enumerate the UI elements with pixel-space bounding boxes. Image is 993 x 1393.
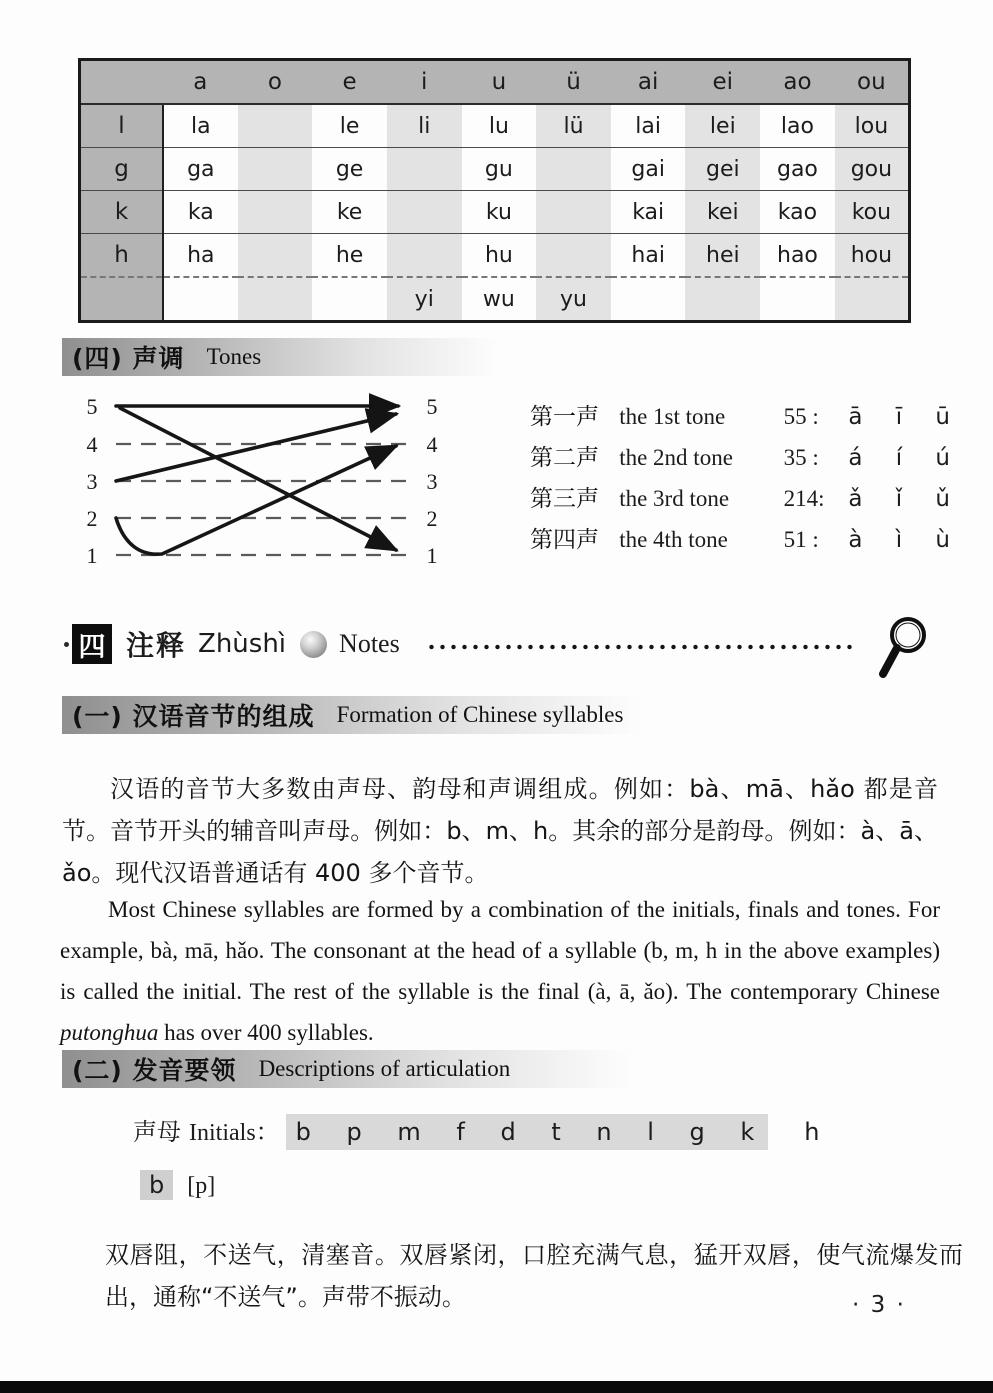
initial-cell: g	[80, 148, 164, 191]
notes-section-header: 四 注释 Zhùshì Notes	[64, 612, 930, 676]
syllable-cell	[685, 277, 760, 322]
initials-label-en: Initials	[189, 1120, 256, 1147]
syllable-cell: lu	[462, 104, 537, 148]
sec2-heading: (二) 发音要领 Descriptions of articulation	[62, 1050, 662, 1088]
table-row: kkakekukaikeikaokou	[80, 191, 910, 234]
final-header-cell: i	[387, 60, 462, 105]
final-header-cell: ai	[611, 60, 686, 105]
syllable-cell: ku	[462, 191, 537, 234]
axis-label: 2	[87, 506, 98, 531]
syllable-cell: kao	[760, 191, 835, 234]
final-header-cell: a	[163, 60, 238, 105]
syllable-cell: hai	[611, 234, 686, 278]
table-body: llalelilulülaileilaolouggagegugaigeigaog…	[80, 104, 910, 322]
syllable-cell	[835, 277, 910, 322]
notes-title-pinyin: Zhùshì	[198, 629, 286, 659]
syllable-cell: gu	[462, 148, 537, 191]
syllable-cell	[387, 148, 462, 191]
syllable-cell: hei	[685, 234, 760, 278]
sec2-heading-zh: (二) 发音要领	[72, 1051, 237, 1087]
sec2-heading-en: Descriptions of articulation	[259, 1056, 511, 1082]
syllable-cell: ha	[163, 234, 238, 278]
syllable-cell: ke	[312, 191, 387, 234]
syllable-cell: le	[312, 104, 387, 148]
page-number: · 3 ·	[852, 1292, 906, 1318]
tone3-contour-214	[116, 446, 396, 554]
axis-label: 1	[87, 543, 98, 568]
tone-name-zh: 第三声	[530, 480, 619, 513]
syllable-cell	[536, 148, 611, 191]
syllable-cell: hao	[760, 234, 835, 278]
syllable-cell	[238, 234, 313, 278]
sphere-icon	[300, 631, 327, 658]
syllable-cell: ka	[163, 191, 238, 234]
tone-examples: à ì ù	[848, 527, 950, 553]
tone-list-item: 第一声the 1st tone55 :ā ī ū	[530, 398, 950, 439]
tone4-contour-51	[120, 408, 396, 550]
syllable-cell: yu	[536, 277, 611, 322]
tone-name-en: the 4th tone	[619, 527, 783, 553]
initials-label-zh: 声母	[133, 1112, 181, 1147]
entry-description: 双唇阻，不送气，清塞音。双唇紧闭，口腔充满气息，猛开双唇，使气流爆发而出，通称“…	[105, 1234, 963, 1318]
sec1-heading: (一) 汉语音节的组成 Formation of Chinese syllabl…	[62, 696, 672, 734]
sec1-heading-zh: (一) 汉语音节的组成	[72, 697, 315, 733]
tone-contour-diagram: 5 4 3 2 1 5 4 3 2 1	[78, 388, 448, 573]
axis-label: 2	[427, 506, 438, 531]
left-axis-labels: 5 4 3 2 1	[87, 394, 98, 568]
italic-term: putonghua	[60, 1020, 158, 1045]
table-header: aoeiuüaieiaoou	[80, 60, 910, 105]
right-axis-labels: 5 4 3 2 1	[427, 394, 438, 568]
syllable-cell	[760, 277, 835, 322]
entry-ipa: [p]	[187, 1173, 215, 1200]
syllable-cell	[238, 148, 313, 191]
syllable-cell: li	[387, 104, 462, 148]
initial-cell: h	[80, 234, 164, 278]
syllable-cell	[238, 104, 313, 148]
paragraph-text: has over 400 syllables.	[158, 1020, 373, 1045]
tone-list-item: 第二声the 2nd tone35 :á í ú	[530, 439, 950, 480]
axis-label: 3	[427, 469, 438, 494]
initials-line: 声母 Initials ： b p m f d t n l g k h	[133, 1112, 820, 1150]
section-number-box: 四	[72, 624, 112, 664]
syllable-cell	[312, 277, 387, 322]
initial-cell: l	[80, 104, 164, 148]
syllable-cell: lai	[611, 104, 686, 148]
initial-b-entry: b [p]	[140, 1170, 215, 1200]
final-header-cell: e	[312, 60, 387, 105]
syllable-cell: gou	[835, 148, 910, 191]
syllable-cell: wu	[462, 277, 537, 322]
syllable-cell: gei	[685, 148, 760, 191]
syllable-cell: lü	[536, 104, 611, 148]
syllable-formation-paragraph-zh: 汉语的音节大多数由声母、韵母和声调组成。例如：bà、mā、hǎo 都是音节。音节…	[62, 768, 938, 894]
initial-cell: k	[80, 191, 164, 234]
tone-examples: ā ī ū	[848, 404, 950, 430]
initial-cell	[80, 277, 164, 322]
syllable-cell	[238, 277, 313, 322]
initials-highlighted-sequence: b p m f d t n l g k	[286, 1114, 769, 1150]
syllable-cell	[536, 191, 611, 234]
tone-contour-value: 51 :	[784, 527, 849, 553]
tone-name-zh: 第二声	[530, 439, 619, 472]
final-header-cell: u	[462, 60, 537, 105]
axis-label: 4	[427, 432, 438, 457]
syllable-cell: kou	[835, 191, 910, 234]
tone-name-zh: 第四声	[530, 521, 619, 554]
tone-name-en: the 3rd tone	[619, 486, 783, 512]
notes-title-en: Notes	[339, 629, 400, 659]
syllable-cell: lao	[760, 104, 835, 148]
notes-title-zh: 注释	[126, 624, 186, 664]
syllable-cell	[536, 234, 611, 278]
tone-list-item: 第四声the 4th tone51 :à ì ù	[530, 521, 950, 562]
corner-cell	[80, 60, 164, 105]
paragraph-text: Most Chinese syllables are formed by a c…	[60, 897, 940, 1004]
syllable-cell	[163, 277, 238, 322]
syllable-cell: la	[163, 104, 238, 148]
table-row: ggagegugaigeigaogou	[80, 148, 910, 191]
header-row: aoeiuüaieiaoou	[80, 60, 910, 105]
syllable-cell: lei	[685, 104, 760, 148]
syllable-cell: gai	[611, 148, 686, 191]
tone-contour-value: 55 :	[784, 404, 849, 430]
entry-letter-chip: b	[140, 1170, 173, 1200]
tone-contour-value: 214:	[784, 486, 849, 512]
final-header-cell: ao	[760, 60, 835, 105]
table-row: llalelilulülaileilaolou	[80, 104, 910, 148]
bottom-rule	[0, 1381, 993, 1393]
syllable-cell: hu	[462, 234, 537, 278]
syllable-cell	[387, 234, 462, 278]
axis-label: 1	[427, 543, 438, 568]
final-header-cell: o	[238, 60, 313, 105]
tone-list: 第一声the 1st tone55 :ā ī ū第二声the 2nd tone3…	[530, 398, 950, 562]
tone-list-item: 第三声the 3rd tone214:ǎ ǐ ǔ	[530, 480, 950, 521]
tone-examples: ǎ ǐ ǔ	[848, 486, 950, 512]
syllable-cell: kai	[611, 191, 686, 234]
syllable-cell: lou	[835, 104, 910, 148]
tone-name-en: the 1st tone	[619, 404, 783, 430]
table-row: yiwuyu	[80, 277, 910, 322]
tone2-contour-35	[116, 414, 396, 481]
syllable-cell: kei	[685, 191, 760, 234]
final-header-cell: ou	[835, 60, 910, 105]
final-header-cell: ü	[536, 60, 611, 105]
tone-name-en: the 2nd tone	[619, 445, 783, 471]
syllable-cell: gao	[760, 148, 835, 191]
syllable-cell: ga	[163, 148, 238, 191]
axis-label: 4	[87, 432, 98, 457]
bullet-dot	[64, 642, 69, 647]
tones-heading-en: Tones	[207, 344, 262, 370]
syllable-cell: yi	[387, 277, 462, 322]
syllable-cell	[611, 277, 686, 322]
table-row: hhahehuhaiheihaohou	[80, 234, 910, 278]
syllable-cell	[387, 191, 462, 234]
tones-section-heading: (四) 声调 Tones	[62, 338, 522, 376]
initials-colon: ：	[256, 1112, 280, 1147]
pinyin-syllable-table: aoeiuüaieiaoou llalelilulülaileilaolougg…	[78, 58, 911, 323]
sec1-heading-en: Formation of Chinese syllables	[337, 702, 624, 728]
syllable-cell	[238, 191, 313, 234]
textbook-page: aoeiuüaieiaoou llalelilulülaileilaolougg…	[0, 0, 993, 1393]
syllable-formation-paragraph-en: Most Chinese syllables are formed by a c…	[60, 889, 940, 1053]
syllable-cell: hou	[835, 234, 910, 278]
tone-examples: á í ú	[848, 445, 950, 471]
dotted-leader	[426, 644, 852, 650]
syllable-cell: ge	[312, 148, 387, 191]
axis-label: 3	[87, 469, 98, 494]
tone-contour-value: 35 :	[784, 445, 849, 471]
tone-name-zh: 第一声	[530, 398, 619, 431]
axis-label: 5	[427, 394, 438, 419]
final-header-cell: ei	[685, 60, 760, 105]
tones-heading-zh: (四) 声调	[72, 339, 185, 375]
syllable-cell: he	[312, 234, 387, 278]
initials-tail-letter: h	[804, 1118, 819, 1146]
magnifier-icon	[868, 614, 930, 680]
axis-label: 5	[87, 394, 98, 419]
